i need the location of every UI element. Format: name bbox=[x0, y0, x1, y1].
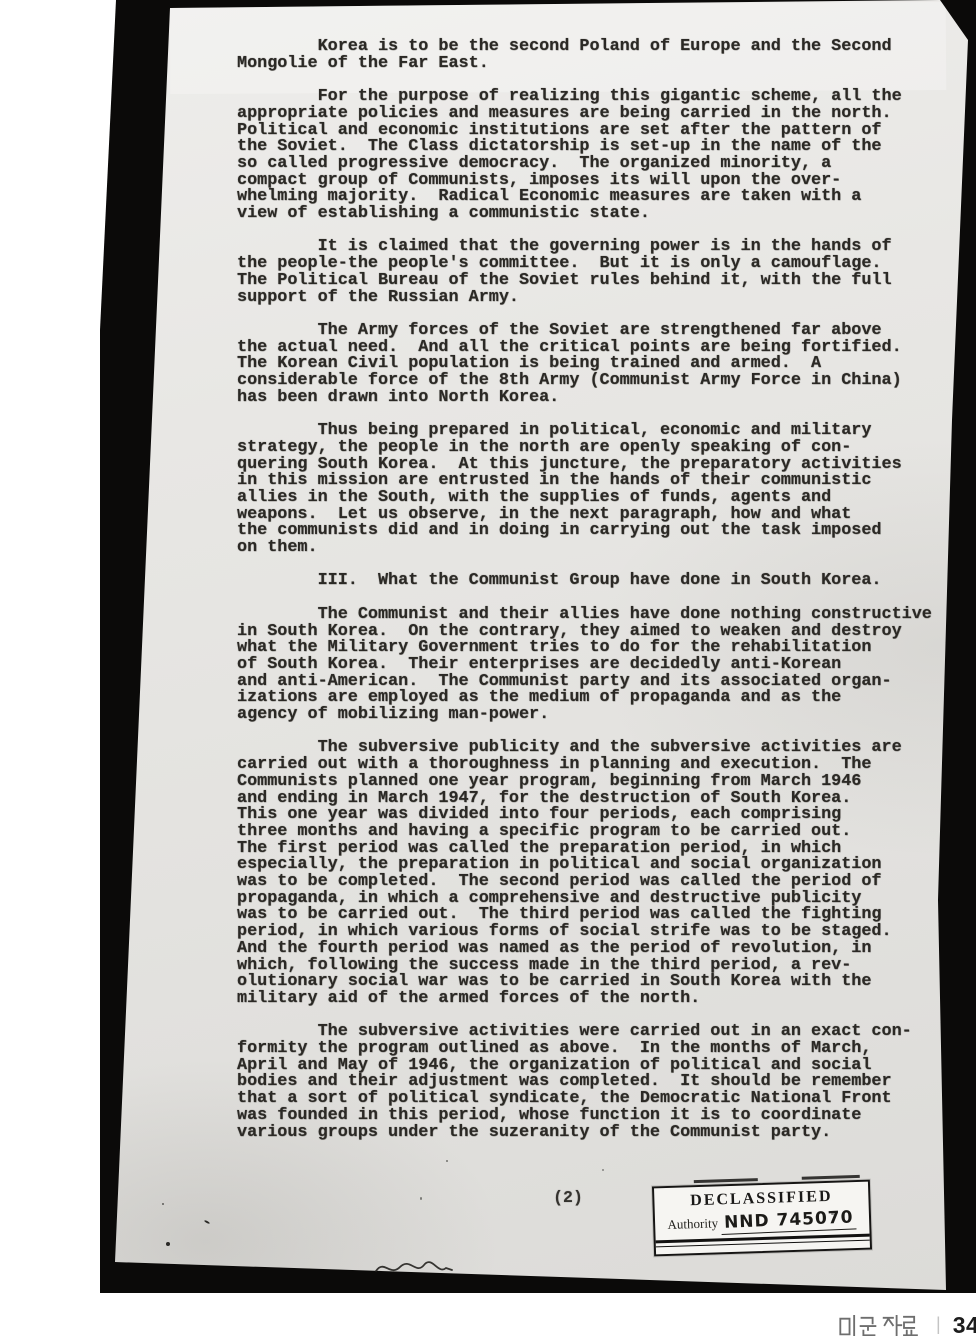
caption-page-number: 341 bbox=[953, 1314, 976, 1336]
handwritten-squiggle-mark bbox=[372, 1255, 456, 1283]
caption-separator: | bbox=[936, 1314, 941, 1334]
scanned-document-page: { "page": { "colors": { "scan_background… bbox=[0, 0, 976, 1336]
paper-speck bbox=[166, 1242, 170, 1246]
paragraph: The Communist and their allies have done… bbox=[237, 607, 937, 724]
stamp-box: DECLASSIFIED Authority NND 745070 bbox=[652, 1180, 872, 1257]
paper-speck bbox=[602, 1169, 604, 1171]
typed-text-block: Korea is to be the second Poland of Euro… bbox=[237, 39, 937, 1158]
korean-caption-glyphs bbox=[836, 1315, 924, 1336]
paper-speck bbox=[446, 1160, 448, 1162]
section-heading: III. What the Communist Group have done … bbox=[237, 573, 937, 590]
page-number: (2) bbox=[538, 1188, 598, 1207]
paper-speck bbox=[420, 1197, 422, 1200]
paper-speck bbox=[831, 1213, 834, 1215]
paragraph: The subversive publicity and the subvers… bbox=[237, 740, 937, 1007]
paragraph: The Army forces of the Soviet are streng… bbox=[237, 323, 937, 407]
paper-speck bbox=[162, 1203, 164, 1205]
paragraph: Korea is to be the second Poland of Euro… bbox=[237, 39, 937, 72]
paragraph: The subversive activities were carried o… bbox=[237, 1024, 937, 1141]
paragraph: Thus being prepared in political, econom… bbox=[237, 423, 937, 557]
scanner-background: Korea is to be the second Poland of Euro… bbox=[100, 0, 976, 1293]
declassified-stamp: DECLASSIFIED Authority NND 745070 bbox=[652, 1180, 872, 1257]
paragraph: For the purpose of realizing this gigant… bbox=[237, 89, 937, 223]
stamp-underline bbox=[656, 1234, 870, 1248]
stamp-authority-value: NND 745070 bbox=[721, 1207, 857, 1235]
paragraph: It is claimed that the governing power i… bbox=[237, 239, 937, 306]
book-footer-caption: 미군자료 | 341 bbox=[836, 1314, 976, 1336]
stamp-authority-label: Authority bbox=[667, 1215, 718, 1232]
